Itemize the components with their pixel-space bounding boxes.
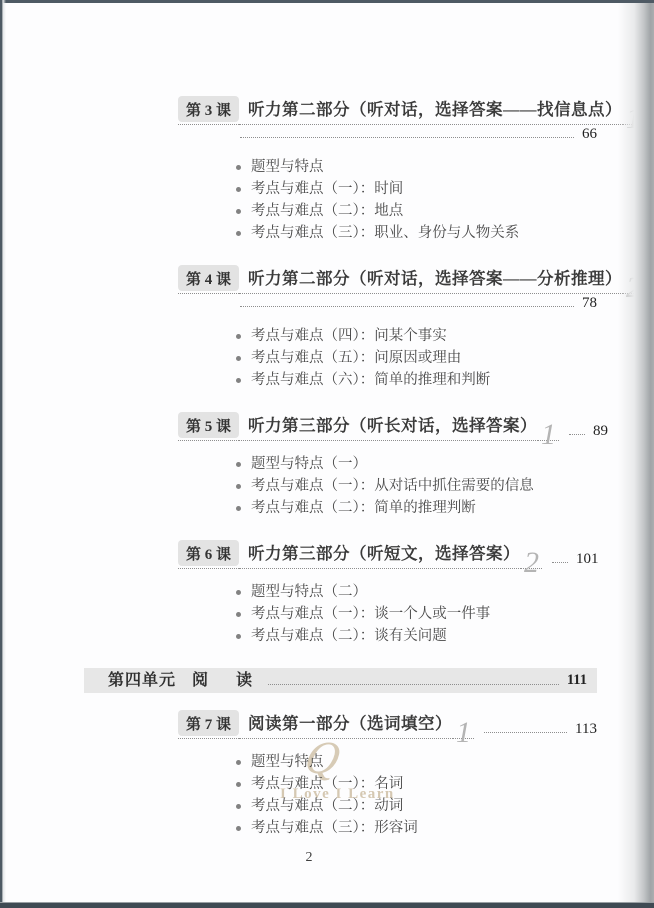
bullet-item: 考点与难点（二）：动词 [236, 795, 597, 817]
lesson-label: 第 5 课 [178, 412, 239, 438]
bullet-item: 考点与难点（一）：时间 [236, 178, 597, 200]
bullet-text: 题型与特点（一） [251, 453, 367, 475]
bullet-item: 考点与难点（一）：从对话中抓住需要的信息 [236, 475, 597, 497]
lesson-label-seat: 第 5 课 [178, 412, 239, 441]
bullet-dot-icon [236, 356, 241, 361]
bullet-text: 考点与难点（四）：问某个事实 [251, 325, 447, 347]
bullet-text: 考点与难点（二）：简单的推理判断 [251, 497, 476, 519]
bullet-list: 题型与特点（一）考点与难点（一）：从对话中抓住需要的信息考点与难点（二）：简单的… [236, 453, 597, 519]
bullet-item: 题型与特点 [236, 156, 597, 178]
bullet-dot-icon [236, 462, 241, 467]
bullet-text: 题型与特点 [251, 751, 324, 773]
bullet-dot-icon [236, 231, 241, 236]
lesson-numeral-seat: 1 [453, 714, 474, 739]
lesson-heading-row: 第 4 课听力第二部分（听对话，选择答案——分析推理）2 [178, 265, 597, 294]
bullet-item: 题型与特点（二） [236, 581, 597, 603]
lesson-title: 听力第三部分（听长对话，选择答案） [239, 412, 538, 441]
lesson-leader-row: 66 [240, 125, 597, 144]
lesson-page-number: 113 [575, 721, 597, 739]
bullet-item: 考点与难点（二）：地点 [236, 200, 597, 222]
bullet-dot-icon [236, 165, 241, 170]
toc-lesson-entry: 第 4 课听力第二部分（听对话，选择答案——分析推理）278考点与难点（四）：问… [84, 265, 597, 391]
lesson-label-seat: 第 7 课 [178, 710, 239, 739]
bullet-text: 考点与难点（五）：问原因或理由 [251, 347, 461, 369]
bullet-item: 考点与难点（一）：谈一个人或一件事 [236, 603, 597, 625]
lesson-heading-row: 第 7 课阅读第一部分（选词填空）1113 [178, 710, 597, 739]
bullet-item: 考点与难点（二）：简单的推理判断 [236, 497, 597, 519]
lesson-page-number: 78 [582, 295, 597, 313]
lesson-numeral: 1 [541, 427, 556, 443]
lesson-title: 听力第二部分（听对话，选择答案——分析推理） [239, 265, 623, 294]
bullet-text: 考点与难点（二）：地点 [251, 200, 403, 222]
lesson-label: 第 6 课 [178, 540, 239, 566]
lesson-heading-row: 第 5 课听力第三部分（听长对话，选择答案）189 [178, 412, 597, 441]
bullet-dot-icon [236, 209, 241, 214]
lesson-label: 第 4 课 [178, 265, 239, 291]
bullet-dot-icon [236, 334, 241, 339]
unit-page-number: 111 [567, 672, 587, 690]
bullet-item: 考点与难点（四）：问某个事实 [236, 325, 597, 347]
scan-edge-bottom [0, 902, 654, 908]
lesson-title: 阅读第一部分（选词填空） [239, 710, 453, 739]
bullet-text: 题型与特点（二） [251, 581, 367, 603]
bullet-text: 考点与难点（一）：时间 [251, 178, 403, 200]
dotted-leader [484, 732, 567, 733]
lesson-numeral-seat: 2 [521, 544, 542, 569]
bullet-item: 考点与难点（三）：形容词 [236, 817, 597, 839]
lesson-page-number: 66 [582, 126, 597, 144]
bullet-item: 考点与难点（二）：谈有关问题 [236, 625, 597, 647]
bullet-dot-icon [236, 378, 241, 383]
scan-edge-left [0, 0, 6, 908]
bullet-dot-icon [236, 506, 241, 511]
bullet-text: 题型与特点 [251, 156, 324, 178]
bullet-text: 考点与难点（二）：谈有关问题 [251, 625, 447, 647]
lesson-heading-row: 第 3 课听力第二部分（听对话，选择答案——找信息点）1 [178, 96, 597, 125]
bullet-text: 考点与难点（六）：简单的推理和判断 [251, 369, 490, 391]
dotted-leader [552, 562, 568, 563]
bullet-text: 考点与难点（一）：谈一个人或一件事 [251, 603, 490, 625]
dotted-leader [240, 306, 574, 307]
unit-subject: 阅 读 [192, 667, 258, 690]
lesson-numeral: 2 [524, 555, 539, 571]
bullet-item: 题型与特点 [236, 751, 597, 773]
toc: 第 3 课听力第二部分（听对话，选择答案——找信息点）166题型与特点考点与难点… [84, 96, 597, 860]
bullet-dot-icon [236, 612, 241, 617]
lesson-numeral: 1 [456, 725, 471, 741]
bullet-dot-icon [236, 634, 241, 639]
bullet-dot-icon [236, 760, 241, 765]
lesson-page-number: 101 [576, 551, 599, 569]
book-page: Q I Love I Learn 第 3 课听力第二部分（听对话，选择答案——找… [0, 0, 654, 908]
lesson-leader-row: 78 [240, 294, 597, 313]
footer-page-number: 2 [0, 850, 618, 866]
toc-lesson-entry: 第 6 课听力第三部分（听短文，选择答案）2101题型与特点（二）考点与难点（一… [84, 540, 597, 647]
toc-lesson-entry: 第 7 课阅读第一部分（选词填空）1113题型与特点考点与难点（一）：名词考点与… [84, 710, 597, 839]
lesson-label: 第 3 课 [178, 96, 239, 122]
lesson-title: 听力第三部分（听短文，选择答案） [239, 540, 521, 569]
lesson-label-seat: 第 6 课 [178, 540, 239, 569]
bullet-dot-icon [236, 484, 241, 489]
bullet-list: 题型与特点考点与难点（一）：名词考点与难点（二）：动词考点与难点（三）：形容词 [236, 751, 597, 839]
toc-lesson-entry: 第 3 课听力第二部分（听对话，选择答案——找信息点）166题型与特点考点与难点… [84, 96, 597, 244]
lesson-heading-row: 第 6 课听力第三部分（听短文，选择答案）2101 [178, 540, 597, 569]
lesson-title: 听力第二部分（听对话，选择答案——找信息点） [239, 96, 623, 125]
lesson-numeral-seat: 1 [538, 416, 559, 441]
bullet-list: 考点与难点（四）：问某个事实考点与难点（五）：问原因或理由考点与难点（六）：简单… [236, 325, 597, 391]
bullet-dot-icon [236, 782, 241, 787]
page-curl-shadow [618, 3, 654, 903]
unit-header-bar: 第四单元阅 读111 [84, 668, 597, 693]
bullet-item: 考点与难点（三）：职业、身份与人物关系 [236, 222, 597, 244]
toc-lesson-entry: 第 5 课听力第三部分（听长对话，选择答案）189题型与特点（一）考点与难点（一… [84, 412, 597, 519]
bullet-dot-icon [236, 804, 241, 809]
bullet-text: 考点与难点（一）：从对话中抓住需要的信息 [251, 475, 534, 497]
dotted-leader [240, 137, 574, 138]
bullet-item: 考点与难点（一）：名词 [236, 773, 597, 795]
bullet-text: 考点与难点（二）：动词 [251, 795, 403, 817]
bullet-item: 考点与难点（六）：简单的推理和判断 [236, 369, 597, 391]
bullet-text: 考点与难点（三）：职业、身份与人物关系 [251, 222, 519, 244]
bullet-item: 题型与特点（一） [236, 453, 597, 475]
bullet-text: 考点与难点（一）：名词 [251, 773, 403, 795]
lesson-label-seat: 第 3 课 [178, 96, 239, 125]
lesson-label: 第 7 课 [178, 710, 239, 736]
lesson-label-seat: 第 4 课 [178, 265, 239, 294]
bullet-dot-icon [236, 590, 241, 595]
unit-title: 第四单元 [108, 667, 176, 690]
bullet-list: 题型与特点（二）考点与难点（一）：谈一个人或一件事考点与难点（二）：谈有关问题 [236, 581, 597, 647]
dotted-leader [569, 434, 585, 435]
lesson-page-number: 89 [593, 423, 608, 441]
bullet-list: 题型与特点考点与难点（一）：时间考点与难点（二）：地点考点与难点（三）：职业、身… [236, 156, 597, 244]
dotted-leader [268, 684, 559, 685]
scan-edge-top [0, 0, 654, 3]
bullet-item: 考点与难点（五）：问原因或理由 [236, 347, 597, 369]
bullet-dot-icon [236, 187, 241, 192]
bullet-text: 考点与难点（三）：形容词 [251, 817, 418, 839]
bullet-dot-icon [236, 826, 241, 831]
